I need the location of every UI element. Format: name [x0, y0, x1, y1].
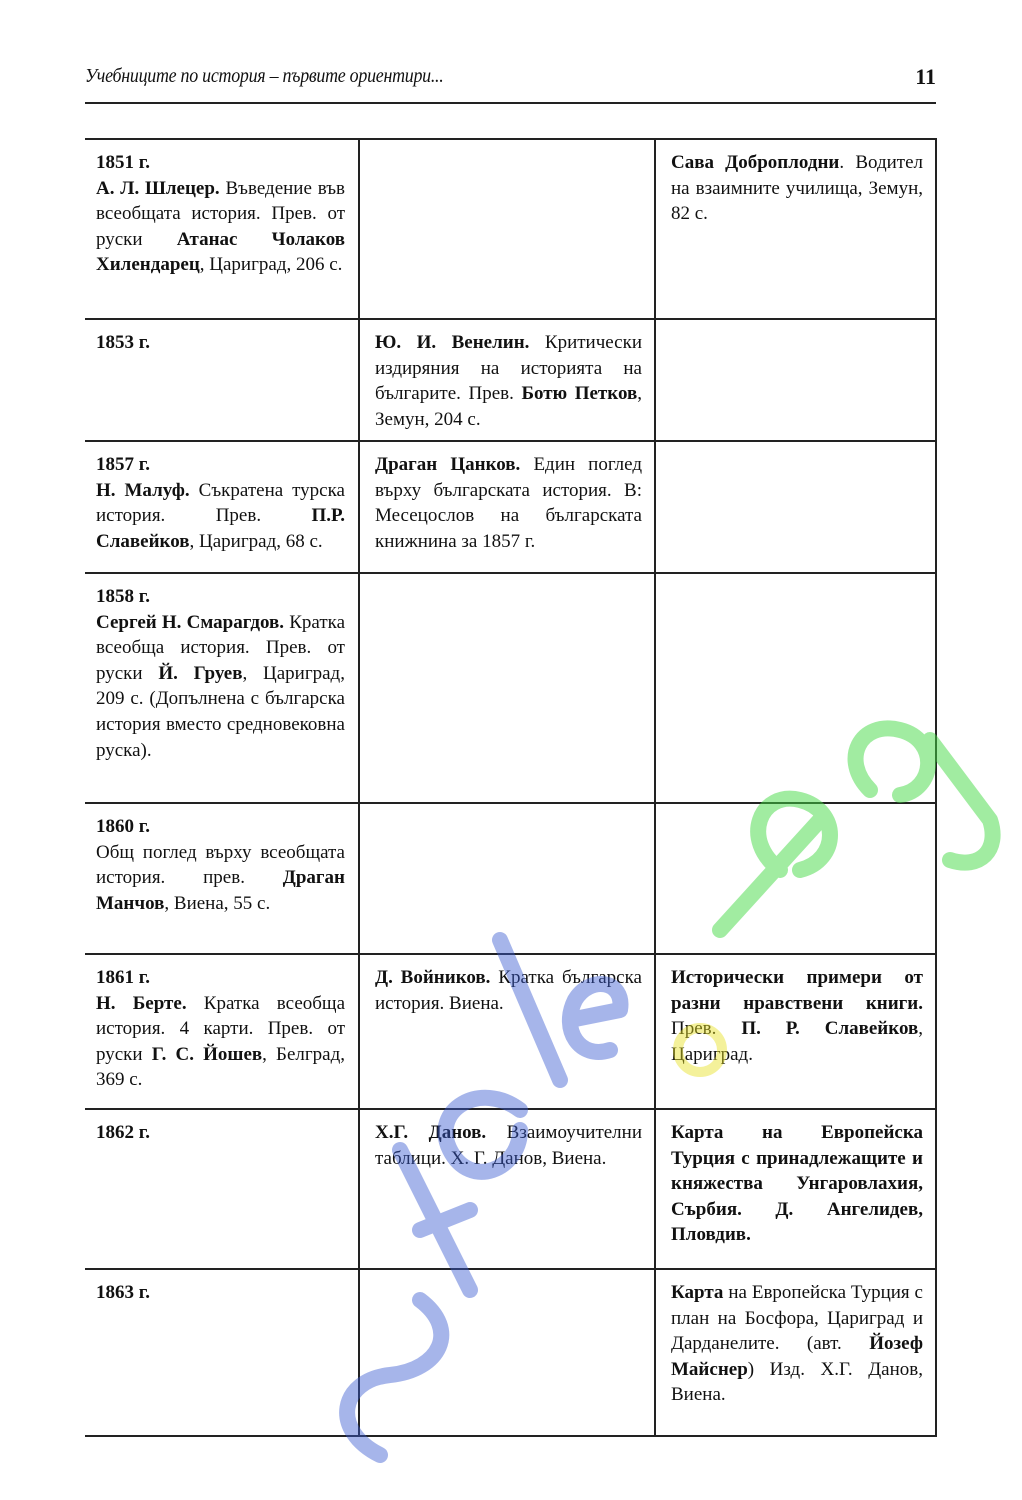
- table-row: 1853 г.Ю. И. Венелин. Критически издирян…: [85, 320, 935, 442]
- other-works-cell: [654, 574, 935, 802]
- running-head-title: Учебниците по история – първите ориентир…: [85, 66, 867, 88]
- year-label: 1857 г.: [96, 452, 345, 478]
- year-cell: 1862 г.: [85, 1110, 358, 1268]
- author-name: П. Р. Славейков: [741, 1018, 918, 1039]
- other-works-cell: Карта на Европейска Турция с принадлежащ…: [654, 1110, 935, 1268]
- year-label: 1860 г.: [96, 814, 345, 840]
- author-name: Сава Доброплодни: [671, 152, 839, 173]
- other-works-cell: Исторически примери от разни нравствени …: [654, 955, 935, 1108]
- other-works-cell: Сава Доброплодни. Водител на взаимните у…: [654, 140, 935, 318]
- year-cell: 1858 г.Сергей Н. Смарагдов. Кратка всеоб…: [85, 574, 358, 802]
- author-name: Карта на Европейска Турция с принадлежащ…: [671, 1122, 923, 1245]
- table-row: 1863 г.Карта на Европейска Турция с план…: [85, 1270, 935, 1437]
- table-row: 1857 г.Н. Малуф. Съкратена турска истори…: [85, 442, 935, 574]
- table-row: 1861 г.Н. Берте. Кратка всеобща история.…: [85, 955, 935, 1110]
- other-works-cell: [654, 804, 935, 953]
- bibliography-table: 1851 г.А. Л. Шлецер. Въведение във всеоб…: [85, 138, 937, 1437]
- author-name: Драган Цанков.: [375, 454, 520, 475]
- year-cell: 1853 г.: [85, 320, 358, 442]
- author-name: Исторически примери от разни нравствени …: [671, 967, 923, 1014]
- entry-text: , Цариград, 68 с.: [190, 531, 323, 552]
- table-row: 1862 г.Х.Г. Данов. Взаимоучителни таблиц…: [85, 1110, 935, 1270]
- bulgarian-works-cell: Ю. И. Венелин. Критически издиряния на и…: [358, 320, 654, 442]
- other-works-cell: [654, 320, 935, 442]
- year-label: 1861 г.: [96, 965, 345, 991]
- author-name: Ботю Петков: [521, 383, 637, 404]
- header-rule: [85, 102, 936, 104]
- author-name: Карта: [671, 1282, 723, 1303]
- other-works-cell: [654, 442, 935, 572]
- author-name: А. Л. Шлецер.: [96, 178, 220, 199]
- year-label: 1853 г.: [96, 330, 345, 356]
- author-name: Х.Г. Данов.: [375, 1122, 486, 1143]
- bulgarian-works-cell: [358, 1270, 654, 1435]
- page-number: 11: [908, 64, 936, 90]
- year-cell: 1860 г.Общ поглед върху всеобщата истори…: [85, 804, 358, 953]
- bulgarian-works-cell: Д. Войников. Кратка българска история. В…: [358, 955, 654, 1108]
- year-label: 1858 г.: [96, 584, 345, 610]
- table-row: 1851 г.А. Л. Шлецер. Въведение във всеоб…: [85, 140, 935, 320]
- author-name: Н. Берте.: [96, 993, 187, 1014]
- author-name: Й. Груев: [158, 663, 242, 684]
- other-works-cell: Карта на Европейска Турция с план на Бос…: [654, 1270, 935, 1435]
- bulgarian-works-cell: [358, 574, 654, 802]
- year-label: 1863 г.: [96, 1280, 345, 1306]
- entry-text: Прев.: [671, 1018, 741, 1039]
- year-cell: 1863 г.: [85, 1270, 358, 1435]
- entry-text: , Виена, 55 с.: [164, 893, 270, 914]
- author-name: Сергей Н. Смарагдов.: [96, 612, 284, 633]
- year-cell: 1857 г.Н. Малуф. Съкратена турска истори…: [85, 442, 358, 572]
- bulgarian-works-cell: Х.Г. Данов. Взаимоучителни таблици. Х. Г…: [358, 1110, 654, 1268]
- bulgarian-works-cell: Драган Цанков. Един поглед върху българс…: [358, 442, 654, 572]
- table-row: 1858 г.Сергей Н. Смарагдов. Кратка всеоб…: [85, 574, 935, 804]
- table-row: 1860 г.Общ поглед върху всеобщата истори…: [85, 804, 935, 955]
- year-label: 1862 г.: [96, 1120, 345, 1146]
- bulgarian-works-cell: [358, 804, 654, 953]
- year-label: 1851 г.: [96, 150, 345, 176]
- author-name: Г. С. Йошев: [152, 1044, 262, 1065]
- year-cell: 1861 г.Н. Берте. Кратка всеобща история.…: [85, 955, 358, 1108]
- bulgarian-works-cell: [358, 140, 654, 318]
- entry-text: , Цариград, 206 с.: [200, 254, 343, 275]
- author-name: Д. Войников.: [375, 967, 490, 988]
- author-name: Н. Малуф.: [96, 480, 190, 501]
- author-name: Ю. И. Венелин.: [375, 332, 529, 353]
- year-cell: 1851 г.А. Л. Шлецер. Въведение във всеоб…: [85, 140, 358, 318]
